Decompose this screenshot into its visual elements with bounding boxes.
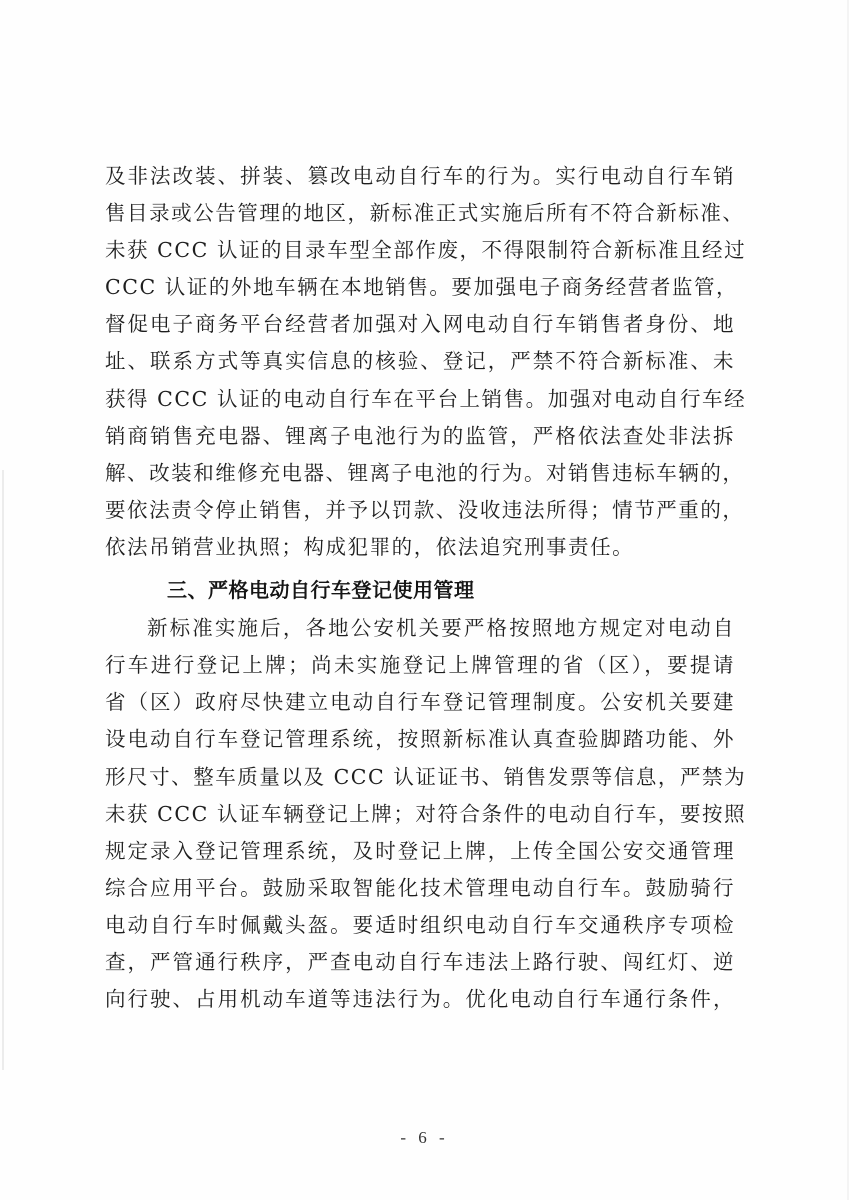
text-line: 形尺寸、整车质量以及 CCC 认证证书、销售发票等信息，严禁为 bbox=[105, 759, 735, 796]
text-line: 址、联系方式等真实信息的核验、登记，严禁不符合新标准、未 bbox=[105, 343, 735, 380]
document-body: 及非法改装、拼装、篡改电动自行车的行为。实行电动自行车销 售目录或公告管理的地区… bbox=[105, 158, 735, 1018]
text-line: 售目录或公告管理的地区，新标准正式实施后所有不符合新标准、 bbox=[105, 195, 735, 232]
text-line: 未获 CCC 认证的目录车型全部作废，不得限制符合新标准且经过 bbox=[105, 232, 735, 269]
text-line: 规定录入登记管理系统，及时登记上牌，上传全国公安交通管理 bbox=[105, 833, 735, 870]
scan-edge-shadow-left bbox=[2, 470, 4, 1070]
paragraph-registration: 新标准实施后，各地公安机关要严格按照地方规定对电动自 行车进行登记上牌；尚未实施… bbox=[105, 610, 735, 1018]
text-line: 电动自行车时佩戴头盔。要适时组织电动自行车交通秩序专项检 bbox=[105, 907, 735, 944]
document-page: 及非法改装、拼装、篡改电动自行车的行为。实行电动自行车销 售目录或公告管理的地区… bbox=[0, 0, 849, 1200]
text-line: 解、改装和维修充电器、锂离子电池的行为。对销售违标车辆的， bbox=[105, 455, 735, 492]
text-line: 未获 CCC 认证车辆登记上牌；对符合条件的电动自行车，要按照 bbox=[105, 796, 735, 833]
text-line: 新标准实施后，各地公安机关要严格按照地方规定对电动自 bbox=[105, 610, 735, 647]
paragraph-continued: 及非法改装、拼装、篡改电动自行车的行为。实行电动自行车销 售目录或公告管理的地区… bbox=[105, 158, 735, 566]
text-line: 依法吊销营业执照；构成犯罪的，依法追究刑事责任。 bbox=[105, 529, 735, 566]
text-line: 获得 CCC 认证的电动自行车在平台上销售。加强对电动自行车经 bbox=[105, 381, 735, 418]
text-line: 向行驶、占用机动车道等违法行为。优化电动自行车通行条件， bbox=[105, 981, 735, 1018]
text-line: 查，严管通行秩序，严查电动自行车违法上路行驶、闯红灯、逆 bbox=[105, 944, 735, 981]
text-line: 及非法改装、拼装、篡改电动自行车的行为。实行电动自行车销 bbox=[105, 158, 735, 195]
section-heading: 三、严格电动自行车登记使用管理 bbox=[105, 572, 735, 609]
text-line: 要依法责令停止销售，并予以罚款、没收违法所得；情节严重的， bbox=[105, 492, 735, 529]
text-line: 综合应用平台。鼓励采取智能化技术管理电动自行车。鼓励骑行 bbox=[105, 870, 735, 907]
text-line: 省（区）政府尽快建立电动自行车登记管理制度。公安机关要建 bbox=[105, 684, 735, 721]
page-number: - 6 - bbox=[0, 1128, 849, 1148]
text-line: 销商销售充电器、锂离子电池行为的监管，严格依法查处非法拆 bbox=[105, 418, 735, 455]
text-line: 行车进行登记上牌；尚未实施登记上牌管理的省（区），要提请 bbox=[105, 647, 735, 684]
text-line: 设电动自行车登记管理系统，按照新标准认真查验脚踏功能、外 bbox=[105, 721, 735, 758]
text-line: 督促电子商务平台经营者加强对入网电动自行车销售者身份、地 bbox=[105, 306, 735, 343]
text-line: CCC 认证的外地车辆在本地销售。要加强电子商务经营者监管， bbox=[105, 269, 735, 306]
